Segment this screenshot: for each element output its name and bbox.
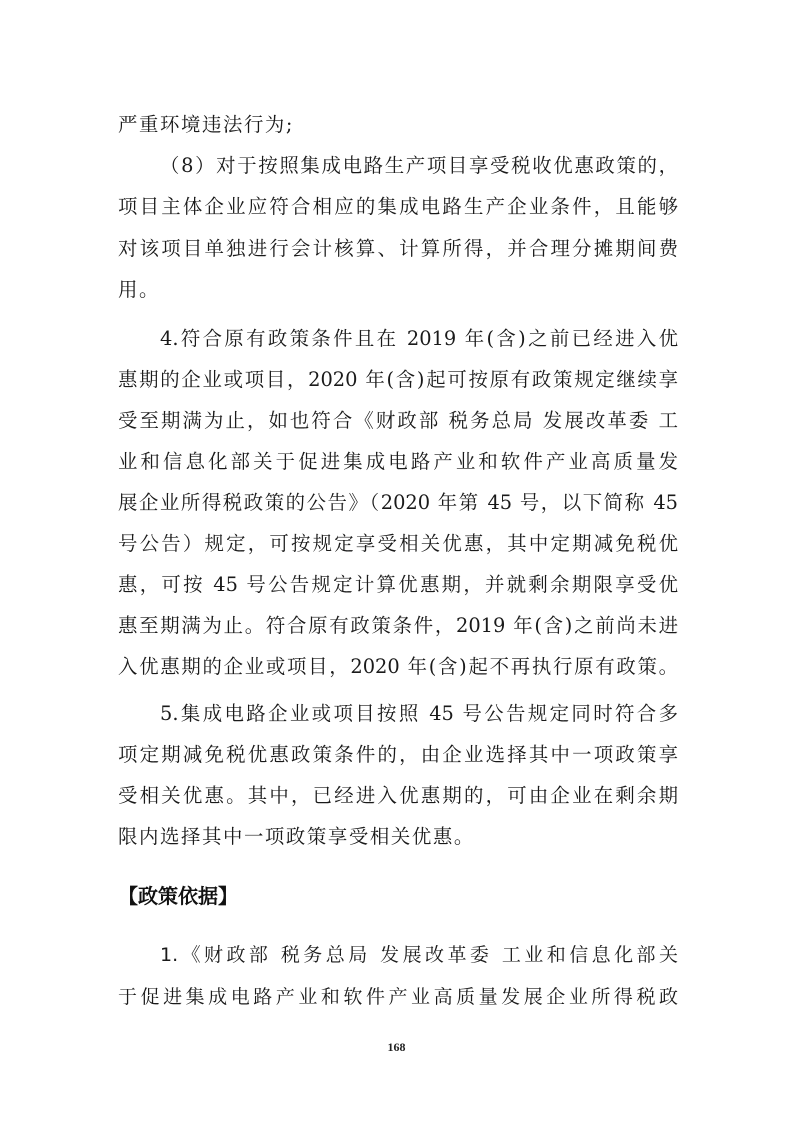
text-line: 于促进集成电路产业和软件产业高质量发展企业所得税政 [118,977,678,1018]
text-line: 受相关优惠。其中，已经进入优惠期的，可由企业在剩余期 [118,775,678,816]
text-line: 惠，可按 45 号公告规定计算优惠期，并就剩余期限享受优 [118,564,678,605]
text-line: 号公告）规定，可按规定享受相关优惠，其中定期减免税优 [118,523,678,564]
text-line: 项定期减免税优惠政策条件的，由企业选择其中一项政策享 [118,734,678,775]
text-line: 5.集成电路企业或项目按照 45 号公告规定同时符合多 [160,693,678,734]
text-line: 惠期的企业或项目，2020 年(含)起可按原有政策规定继续享 [118,359,678,400]
document-page: 严重环境违法行为; （8）对于按照集成电路生产项目享受税收优惠政策的， 项目主体… [0,0,793,1122]
section-heading: 【政策依据】 [118,876,238,916]
text-line: 严重环境违法行为; [118,104,678,145]
text-line: （8）对于按照集成电路生产项目享受税收优惠政策的， [160,145,678,186]
text-line: 入优惠期的企业或项目，2020 年(含)起不再执行原有政策。 [118,646,678,687]
text-line: 业和信息化部关于促进集成电路产业和软件产业高质量发 [118,441,678,482]
page-number: 168 [0,1040,793,1055]
text-line: 项目主体企业应符合相应的集成电路生产企业条件，且能够 [118,186,678,227]
text-line: 4.符合原有政策条件且在 2019 年(含)之前已经进入优 [160,318,678,359]
text-line: 受至期满为止，如也符合《财政部 税务总局 发展改革委 工 [118,400,678,441]
text-line: 限内选择其中一项政策享受相关优惠。 [118,816,678,857]
text-line: 展企业所得税政策的公告》（2020 年第 45 号，以下简称 45 [118,482,678,523]
text-line: 对该项目单独进行会计核算、计算所得，并合理分摊期间费 [118,228,678,269]
text-line: 用。 [118,269,678,310]
text-line: 1.《财政部 税务总局 发展改革委 工业和信息化部关 [160,935,678,976]
text-line: 惠至期满为止。符合原有政策条件，2019 年(含)之前尚未进 [118,605,678,646]
